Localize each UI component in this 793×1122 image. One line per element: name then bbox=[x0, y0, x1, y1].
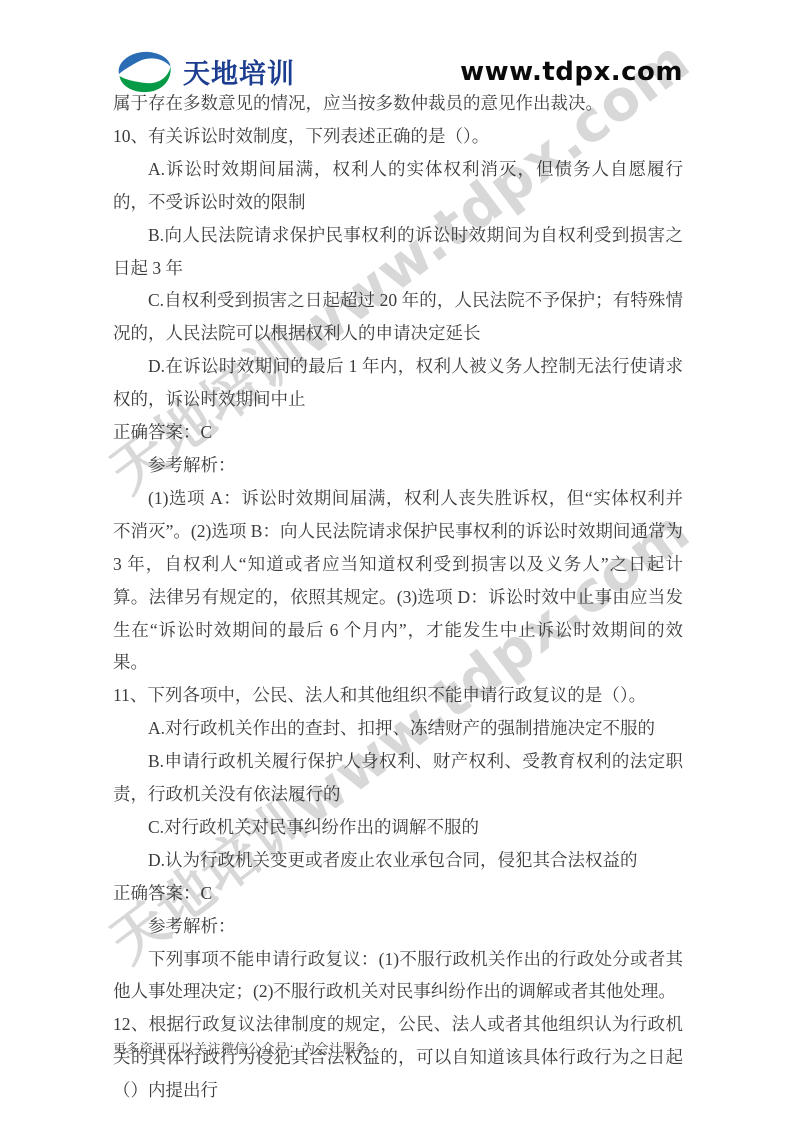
paragraph: 11、下列各项中，公民、法人和其他组织不能申请行政复议的是（）。 bbox=[113, 679, 683, 712]
paragraph: C.对行政机关对民事纠纷作出的调解不服的 bbox=[113, 811, 683, 844]
paragraph: 10、有关诉讼时效制度，下列表述正确的是（）。 bbox=[113, 120, 683, 153]
paragraph: 参考解析： bbox=[113, 449, 683, 482]
paragraph: 正确答案：C bbox=[113, 877, 683, 910]
logo-text: 天地培训 bbox=[183, 52, 295, 91]
paragraph: C.自权利受到损害之日起超过 20 年的，人民法院不予保护；有特殊情况的，人民法… bbox=[113, 284, 683, 350]
paragraph: 12、根据行政复议法律制度的规定，公民、法人或者其他组织认为行政机关的具体行政行… bbox=[113, 1008, 683, 1107]
paragraph: A.对行政机关作出的查封、扣押、冻结财产的强制措施决定不服的 bbox=[113, 712, 683, 745]
paragraph: B.向人民法院请求保护民事权利的诉讼时效期间为自权利受到损害之日起 3 年 bbox=[113, 219, 683, 285]
paragraph: 参考解析： bbox=[113, 910, 683, 943]
paragraph: 下列事项不能申请行政复议：(1)不服行政机关作出的行政处分或者其他人事处理决定；… bbox=[113, 943, 683, 1009]
document-page: 天地培训www.tdpx.com 天地培训www.tdpx.com 天地培训 w… bbox=[0, 0, 793, 1122]
paragraph: D.认为行政机关变更或者废止农业承包合同，侵犯其合法权益的 bbox=[113, 844, 683, 877]
paragraph: B.申请行政机关履行保护人身权利、财产权利、受教育权利的法定职责，行政机关没有依… bbox=[113, 745, 683, 811]
footer-note: 更多资讯可以关注微信公众号：为会计服务 bbox=[113, 1038, 370, 1057]
paragraph: 属于存在多数意见的情况，应当按多数仲裁员的意见作出裁决。 bbox=[113, 87, 683, 120]
paragraph: A.诉讼时效期间届满，权利人的实体权利消灭，但债务人自愿履行的，不受诉讼时效的限… bbox=[113, 153, 683, 219]
site-url-text: www.tdpx.com bbox=[460, 57, 683, 87]
paragraph: D.在诉讼时效期间的最后 1 年内，权利人被义务人控制无法行使请求权的，诉讼时效… bbox=[113, 350, 683, 416]
paragraph: 正确答案：C bbox=[113, 416, 683, 449]
document-body: 属于存在多数意见的情况，应当按多数仲裁员的意见作出裁决。10、有关诉讼时效制度，… bbox=[113, 87, 683, 1107]
paragraph: (1)选项 A：诉讼时效期间届满，权利人丧失胜诉权，但“实体权利并不消灭”。(2… bbox=[113, 482, 683, 679]
